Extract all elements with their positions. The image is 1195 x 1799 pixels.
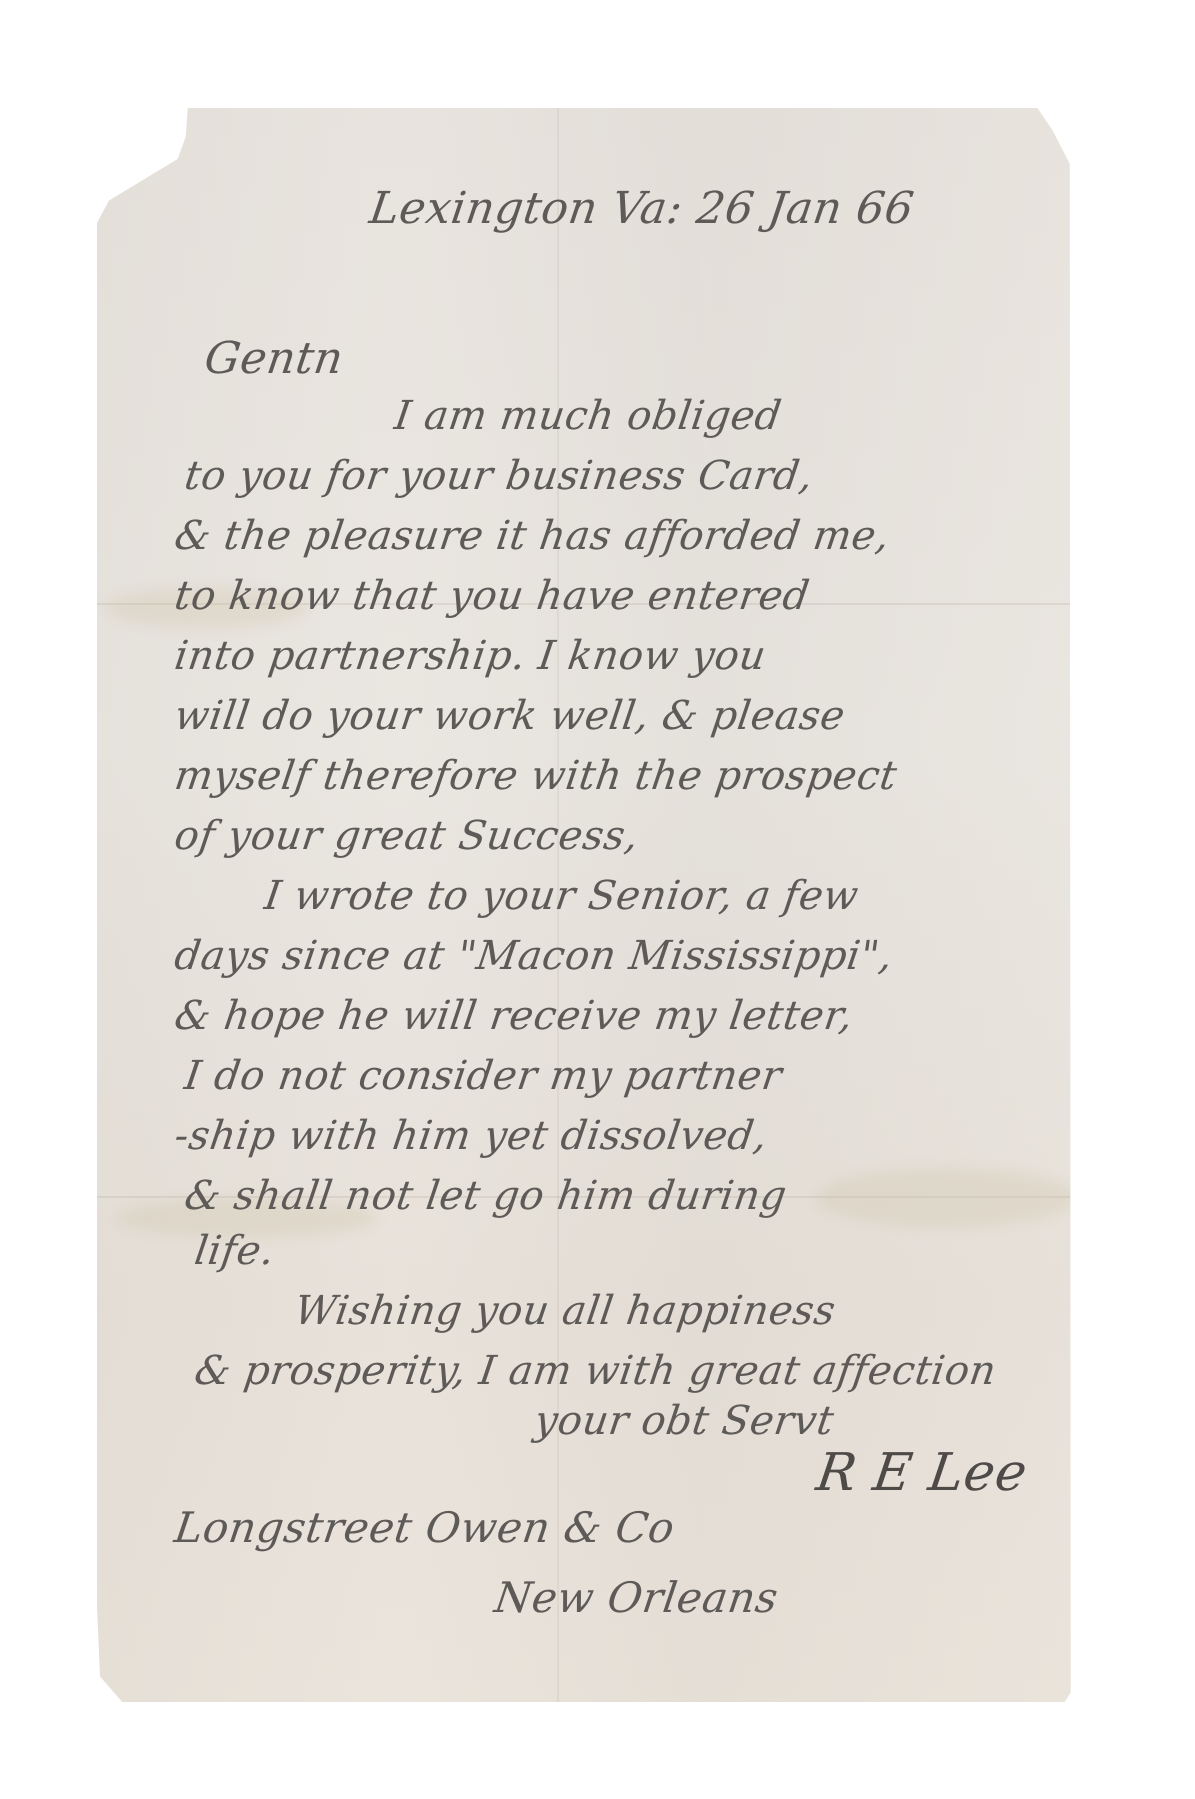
addressee-line: Longstreet Owen & Co bbox=[172, 1503, 678, 1552]
body-line: I wrote to your Senior, a few bbox=[262, 873, 862, 919]
closing-line: your obt Servt bbox=[532, 1398, 837, 1444]
body-line: days since at "Macon Mississippi", bbox=[172, 933, 896, 979]
closing-line: & prosperity, I am with great affection bbox=[192, 1348, 999, 1394]
body-line: to you for your business Card, bbox=[182, 453, 816, 499]
body-line: I am much obliged bbox=[392, 393, 785, 439]
body-line: & shall not let go him during bbox=[182, 1173, 790, 1219]
salutation: Gentn bbox=[201, 333, 346, 384]
paper-stain bbox=[817, 1168, 1077, 1228]
body-line: to know that you have entered bbox=[172, 573, 813, 619]
body-line: & the pleasure it has afforded me, bbox=[172, 513, 893, 559]
dateline: Lexington Va: 26 Jan 66 bbox=[366, 183, 917, 234]
closing-line: Wishing you all happiness bbox=[292, 1288, 839, 1334]
body-line: I do not consider my partner bbox=[182, 1053, 785, 1099]
body-line: & hope he will receive my letter, bbox=[172, 993, 856, 1039]
addressee-line: New Orleans bbox=[492, 1573, 782, 1622]
body-line: of your great Success, bbox=[172, 813, 642, 859]
signature: R E Lee bbox=[813, 1443, 1031, 1503]
body-line: life. bbox=[192, 1228, 278, 1274]
body-line: -ship with him yet dissolved, bbox=[172, 1113, 771, 1159]
body-line: will do your work well, & please bbox=[172, 693, 848, 739]
body-line: myself therefore with the prospect bbox=[172, 753, 900, 799]
body-line: into partnership. I know you bbox=[172, 633, 769, 679]
letter-paper: Lexington Va: 26 Jan 66 Gentn I am much … bbox=[97, 108, 1105, 1702]
